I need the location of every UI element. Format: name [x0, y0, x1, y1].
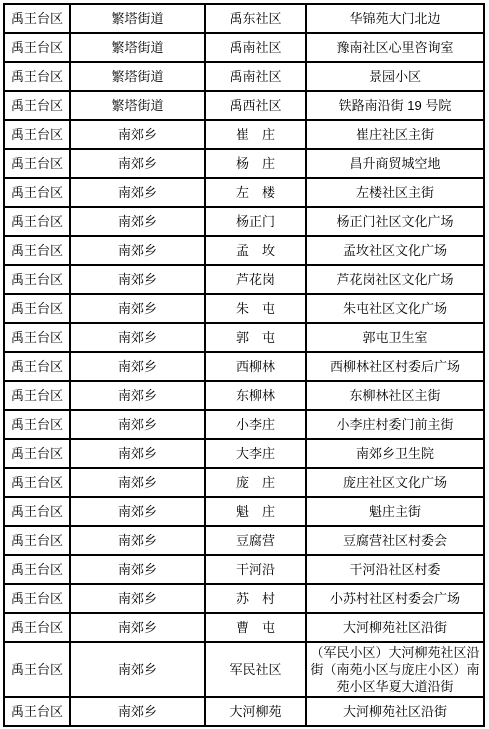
cell-location: 东柳林社区主街 — [306, 381, 484, 410]
cell-location: 豫南社区心里咨询室 — [306, 33, 484, 62]
cell-district: 禹王台区 — [4, 294, 70, 323]
table-body: 禹王台区繁塔街道禹东社区华锦苑大门北边禹王台区繁塔街道禹南社区豫南社区心里咨询室… — [4, 4, 484, 726]
cell-street: 南郊乡 — [70, 149, 205, 178]
table-row: 禹王台区南郊乡东柳林东柳林社区主街 — [4, 381, 484, 410]
cell-district: 禹王台区 — [4, 265, 70, 294]
cell-district: 禹王台区 — [4, 613, 70, 642]
cell-district: 禹王台区 — [4, 697, 70, 726]
cell-community: 崔 庄 — [205, 120, 306, 149]
cell-community: 苏 村 — [205, 584, 306, 613]
cell-location: 崔庄社区主街 — [306, 120, 484, 149]
cell-community: 朱 屯 — [205, 294, 306, 323]
cell-location: 豆腐营社区村委会 — [306, 526, 484, 555]
cell-street: 南郊乡 — [70, 352, 205, 381]
document-page: 禹王台区繁塔街道禹东社区华锦苑大门北边禹王台区繁塔街道禹南社区豫南社区心里咨询室… — [0, 0, 489, 729]
cell-district: 禹王台区 — [4, 352, 70, 381]
cell-district: 禹王台区 — [4, 410, 70, 439]
table-row: 禹王台区繁塔街道禹南社区豫南社区心里咨询室 — [4, 33, 484, 62]
cell-community: 豆腐营 — [205, 526, 306, 555]
cell-street: 南郊乡 — [70, 555, 205, 584]
table-row: 禹王台区南郊乡左 楼左楼社区主街 — [4, 178, 484, 207]
cell-community: 魁 庄 — [205, 497, 306, 526]
cell-district: 禹王台区 — [4, 149, 70, 178]
cell-community: 杨正门 — [205, 207, 306, 236]
cell-district: 禹王台区 — [4, 497, 70, 526]
cell-district: 禹王台区 — [4, 439, 70, 468]
cell-location: 大河柳苑社区沿街 — [306, 613, 484, 642]
cell-community: 西柳林 — [205, 352, 306, 381]
table-row: 禹王台区南郊乡曹 屯大河柳苑社区沿街 — [4, 613, 484, 642]
table-row: 禹王台区南郊乡朱 屯朱屯社区文化广场 — [4, 294, 484, 323]
cell-location: 郭屯卫生室 — [306, 323, 484, 352]
cell-community: 曹 屯 — [205, 613, 306, 642]
cell-community: 大李庄 — [205, 439, 306, 468]
cell-street: 繁塔街道 — [70, 62, 205, 91]
table-row: 禹王台区繁塔街道禹西社区铁路南沿街 19 号院 — [4, 91, 484, 120]
cell-street: 南郊乡 — [70, 584, 205, 613]
cell-district: 禹王台区 — [4, 120, 70, 149]
cell-community: 禹西社区 — [205, 91, 306, 120]
cell-location: 魁庄主街 — [306, 497, 484, 526]
cell-street: 南郊乡 — [70, 468, 205, 497]
table-row: 禹王台区南郊乡大河柳苑大河柳苑社区沿街 — [4, 697, 484, 726]
cell-street: 南郊乡 — [70, 642, 205, 697]
table-row: 禹王台区南郊乡干河沿干河沿社区村委 — [4, 555, 484, 584]
cell-location: 昌升商贸城空地 — [306, 149, 484, 178]
cell-district: 禹王台区 — [4, 4, 70, 33]
cell-district: 禹王台区 — [4, 207, 70, 236]
cell-street: 南郊乡 — [70, 613, 205, 642]
cell-community: 孟 坆 — [205, 236, 306, 265]
cell-street: 南郊乡 — [70, 294, 205, 323]
table-row: 禹王台区南郊乡军民社区（军民小区）大河柳苑社区沿街（南苑小区与庞庄小区）南苑小区… — [4, 642, 484, 697]
cell-community: 郭 屯 — [205, 323, 306, 352]
cell-street: 南郊乡 — [70, 236, 205, 265]
cell-community: 小李庄 — [205, 410, 306, 439]
cell-location: 小李庄村委门前主街 — [306, 410, 484, 439]
table-row: 禹王台区南郊乡崔 庄崔庄社区主街 — [4, 120, 484, 149]
cell-community: 庞 庄 — [205, 468, 306, 497]
cell-location: 朱屯社区文化广场 — [306, 294, 484, 323]
cell-location: 大河柳苑社区沿街 — [306, 697, 484, 726]
cell-location: 庞庄社区文化广场 — [306, 468, 484, 497]
cell-district: 禹王台区 — [4, 178, 70, 207]
cell-location: 干河沿社区村委 — [306, 555, 484, 584]
cell-street: 繁塔街道 — [70, 4, 205, 33]
cell-location: （军民小区）大河柳苑社区沿街（南苑小区与庞庄小区）南苑小区华夏大道沿街 — [306, 642, 484, 697]
table-row: 禹王台区南郊乡豆腐营豆腐营社区村委会 — [4, 526, 484, 555]
cell-community: 东柳林 — [205, 381, 306, 410]
table-row: 禹王台区南郊乡杨正门杨正门社区文化广场 — [4, 207, 484, 236]
cell-district: 禹王台区 — [4, 584, 70, 613]
cell-location: 铁路南沿街 19 号院 — [306, 91, 484, 120]
cell-location: 左楼社区主街 — [306, 178, 484, 207]
cell-district: 禹王台区 — [4, 468, 70, 497]
table-row: 禹王台区南郊乡芦花岗芦花岗社区文化广场 — [4, 265, 484, 294]
cell-community: 芦花岗 — [205, 265, 306, 294]
table-row: 禹王台区南郊乡苏 村小苏村社区村委会广场 — [4, 584, 484, 613]
table-row: 禹王台区南郊乡大李庄南郊乡卫生院 — [4, 439, 484, 468]
table-row: 禹王台区南郊乡孟 坆孟坆社区文化广场 — [4, 236, 484, 265]
cell-location: 小苏村社区村委会广场 — [306, 584, 484, 613]
cell-location: 华锦苑大门北边 — [306, 4, 484, 33]
cell-street: 南郊乡 — [70, 120, 205, 149]
cell-community: 杨 庄 — [205, 149, 306, 178]
cell-street: 南郊乡 — [70, 381, 205, 410]
cell-street: 南郊乡 — [70, 265, 205, 294]
cell-location: 杨正门社区文化广场 — [306, 207, 484, 236]
cell-street: 南郊乡 — [70, 410, 205, 439]
cell-street: 繁塔街道 — [70, 33, 205, 62]
cell-community: 左 楼 — [205, 178, 306, 207]
table-row: 禹王台区南郊乡西柳林西柳林社区村委后广场 — [4, 352, 484, 381]
cell-district: 禹王台区 — [4, 62, 70, 91]
cell-street: 南郊乡 — [70, 697, 205, 726]
cell-district: 禹王台区 — [4, 526, 70, 555]
cell-district: 禹王台区 — [4, 33, 70, 62]
cell-community: 禹南社区 — [205, 62, 306, 91]
cell-community: 干河沿 — [205, 555, 306, 584]
cell-district: 禹王台区 — [4, 642, 70, 697]
cell-district: 禹王台区 — [4, 91, 70, 120]
cell-district: 禹王台区 — [4, 555, 70, 584]
cell-location: 芦花岗社区文化广场 — [306, 265, 484, 294]
cell-district: 禹王台区 — [4, 381, 70, 410]
cell-street: 南郊乡 — [70, 439, 205, 468]
cell-street: 南郊乡 — [70, 178, 205, 207]
table-row: 禹王台区南郊乡小李庄小李庄村委门前主街 — [4, 410, 484, 439]
cell-district: 禹王台区 — [4, 236, 70, 265]
cell-location: 南郊乡卫生院 — [306, 439, 484, 468]
cell-district: 禹王台区 — [4, 323, 70, 352]
cell-location: 西柳林社区村委后广场 — [306, 352, 484, 381]
table-row: 禹王台区南郊乡杨 庄昌升商贸城空地 — [4, 149, 484, 178]
cell-street: 南郊乡 — [70, 323, 205, 352]
testing-points-table: 禹王台区繁塔街道禹东社区华锦苑大门北边禹王台区繁塔街道禹南社区豫南社区心里咨询室… — [3, 3, 485, 727]
table-row: 禹王台区南郊乡魁 庄魁庄主街 — [4, 497, 484, 526]
cell-street: 南郊乡 — [70, 497, 205, 526]
cell-community: 禹南社区 — [205, 33, 306, 62]
cell-location: 景园小区 — [306, 62, 484, 91]
table-row: 禹王台区南郊乡郭 屯郭屯卫生室 — [4, 323, 484, 352]
cell-street: 南郊乡 — [70, 526, 205, 555]
cell-community: 军民社区 — [205, 642, 306, 697]
cell-community: 禹东社区 — [205, 4, 306, 33]
cell-location: 孟坆社区文化广场 — [306, 236, 484, 265]
cell-street: 南郊乡 — [70, 207, 205, 236]
table-row: 禹王台区南郊乡庞 庄庞庄社区文化广场 — [4, 468, 484, 497]
cell-community: 大河柳苑 — [205, 697, 306, 726]
table-row: 禹王台区繁塔街道禹南社区景园小区 — [4, 62, 484, 91]
cell-street: 繁塔街道 — [70, 91, 205, 120]
table-row: 禹王台区繁塔街道禹东社区华锦苑大门北边 — [4, 4, 484, 33]
